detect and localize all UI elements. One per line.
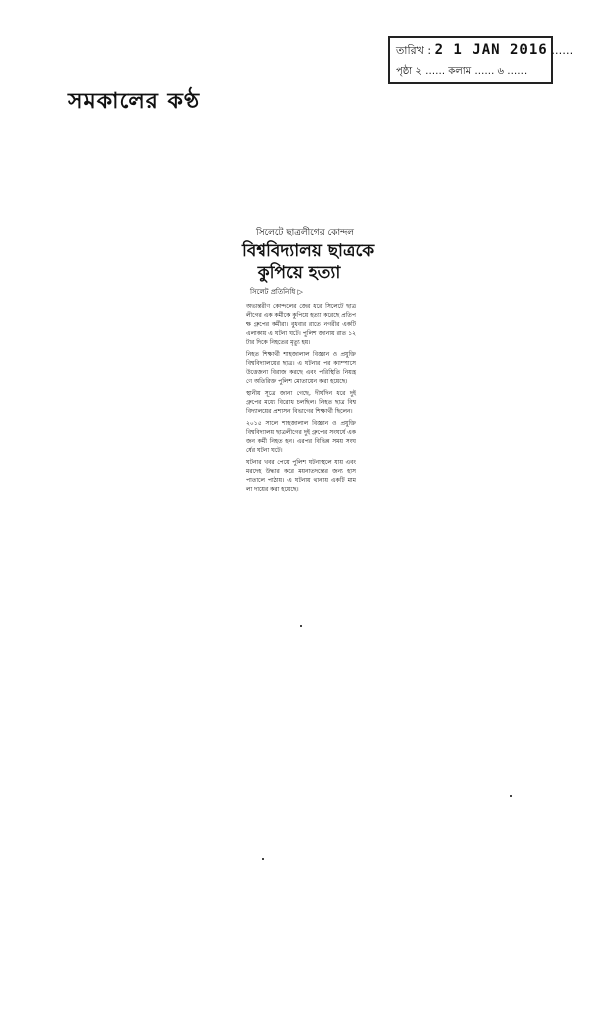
scan-speck bbox=[300, 625, 302, 627]
scan-speck bbox=[262, 858, 264, 860]
paragraph: ২০১৫ সালে শাহজালাল বিজ্ঞান ও প্রযুক্তি ব… bbox=[246, 419, 356, 455]
archive-date-stamp: তারিখ : 2 1 JAN 2016 …… পৃষ্ঠা ২ …… কলাম… bbox=[388, 36, 553, 84]
date-value: 2 1 JAN 2016 bbox=[435, 42, 548, 58]
article-kicker: সিলেটে ছাত্রলীগের কোন্দল bbox=[256, 225, 356, 240]
scan-speck bbox=[510, 795, 512, 797]
article-body: অভ্যন্তরীণ কোন্দলের জের ধরে সিলেটে ছাত্র… bbox=[246, 302, 356, 494]
column-label: কলাম bbox=[448, 66, 471, 77]
date-label: তারিখ bbox=[396, 44, 424, 57]
newspaper-masthead: সমকালের কণ্ঠ bbox=[68, 84, 200, 121]
page-label: পৃষ্ঠা bbox=[396, 66, 412, 77]
paragraph: অভ্যন্তরীণ কোন্দলের জের ধরে সিলেটে ছাত্র… bbox=[246, 302, 356, 347]
page-value: ২ bbox=[415, 66, 422, 77]
paragraph: নিহত শিক্ষার্থী শাহজালাল বিজ্ঞান ও প্রযু… bbox=[246, 350, 356, 386]
article-clipping: সিলেটে ছাত্রলীগের কোন্দল বিশ্ববিদ্যালয় … bbox=[246, 225, 356, 497]
headline-line-2: কুপিয়ে হত্যা bbox=[242, 262, 356, 284]
article-dateline: সিলেট প্রতিনিধি ▷ bbox=[250, 286, 356, 298]
column-value: ৬ bbox=[498, 66, 505, 77]
paragraph: ঘটনার খবর পেয়ে পুলিশ ঘটনাস্থলে যায় এবং… bbox=[246, 458, 356, 494]
paragraph: স্থানীয় সূত্রে জানা গেছে, দীর্ঘদিন ধরে … bbox=[246, 389, 356, 416]
headline-line-1: বিশ্ববিদ্যালয় ছাত্রকে bbox=[242, 240, 356, 262]
